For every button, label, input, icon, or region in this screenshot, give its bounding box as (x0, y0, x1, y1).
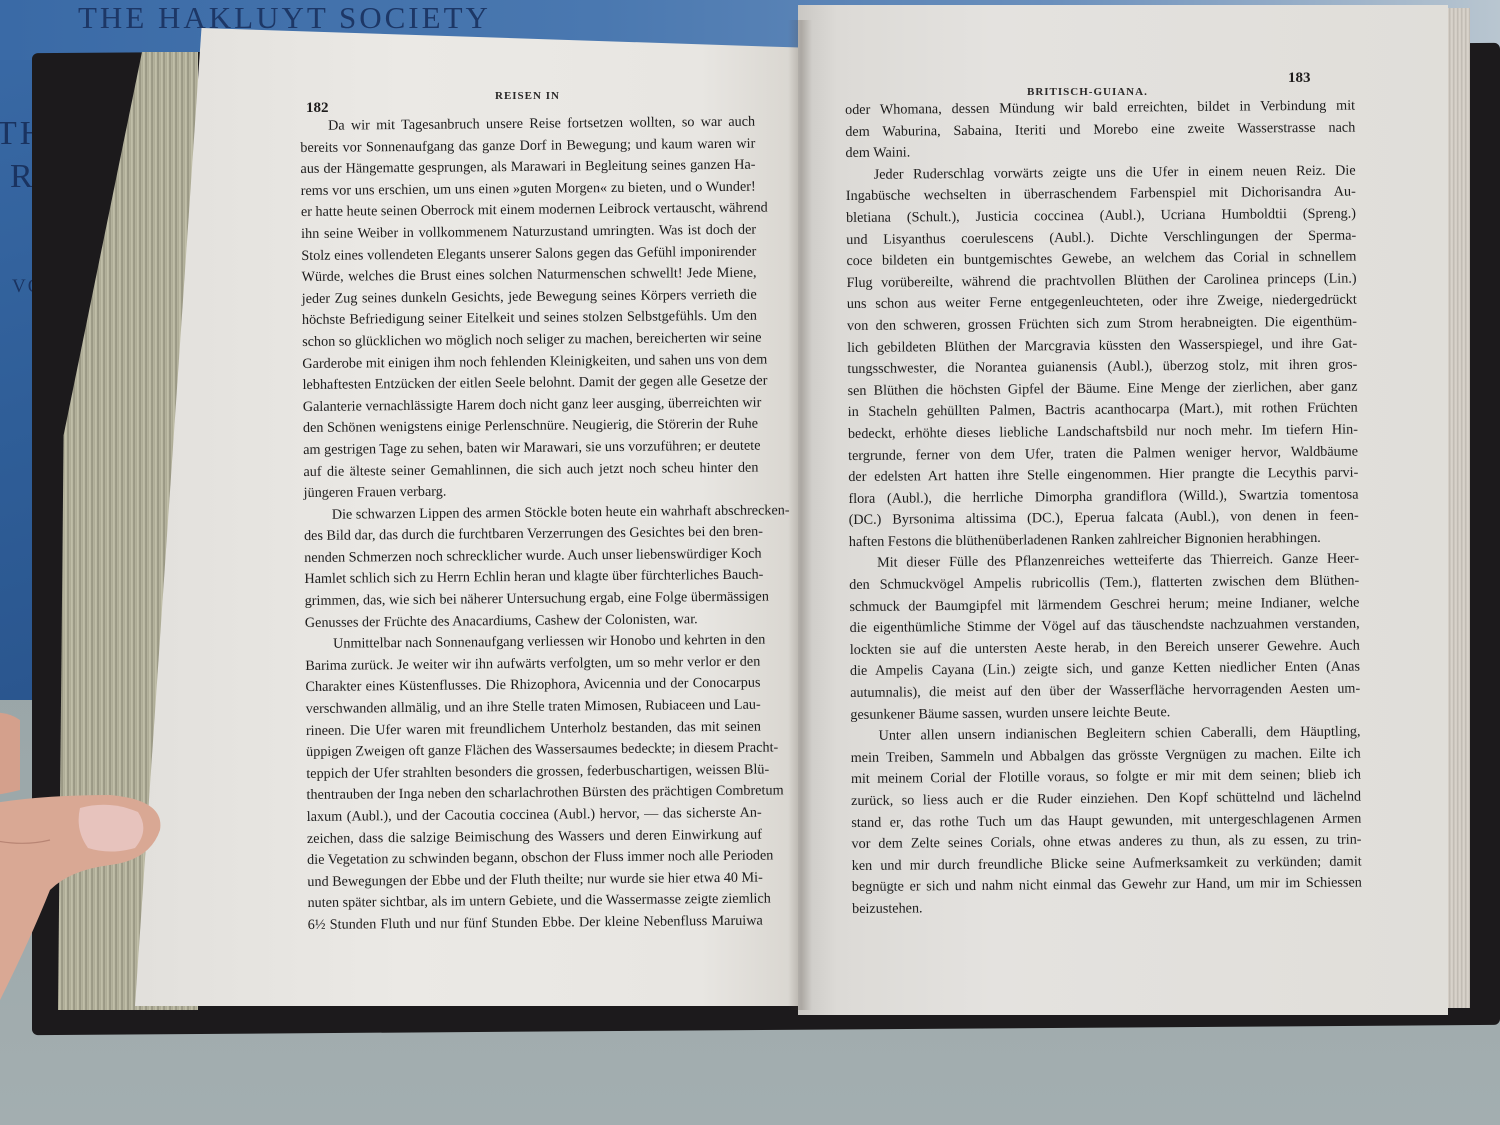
background-book-title: THE HAKLUYT SOCIETY (78, 0, 491, 36)
book-gutter (788, 20, 812, 1010)
text-line: auf die älteste seiner Gemahlinnen, die … (303, 457, 758, 483)
text-line: begnügte er sich und nahm nicht einmal d… (852, 873, 1362, 899)
right-page-body-text: oder Whomana, dessen Mündung wir bald er… (845, 96, 1362, 921)
text-line: 6½ Stunden Fluth und nur fünf Stunden Eb… (308, 911, 763, 937)
left-page-number: 182 (306, 100, 329, 117)
left-running-head: REISEN IN (495, 90, 560, 102)
text-line: autumnalis), die meist auf den über der … (850, 679, 1360, 705)
text-line: beizustehen. (852, 894, 1362, 920)
right-running-head: BRITISCH-GUIANA. (1027, 86, 1148, 98)
left-page-body-text: Da wir mit Tagesanbruch unsere Reise for… (300, 112, 763, 937)
right-page-number: 183 (1288, 70, 1311, 87)
hand-holding-book (0, 700, 210, 1080)
